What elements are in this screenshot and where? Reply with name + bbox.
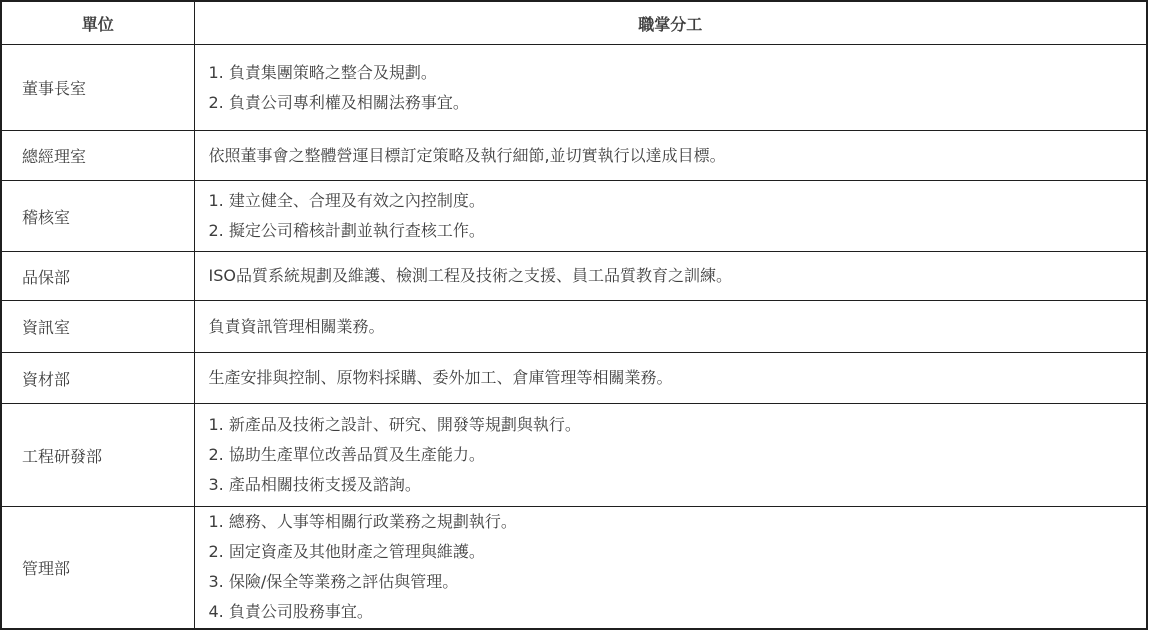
unit-cell: 工程研發部 bbox=[1, 404, 194, 507]
unit-cell: 資材部 bbox=[1, 353, 194, 404]
duty-line: 生產安排與控制、原物料採購、委外加工、倉庫管理等相關業務。 bbox=[209, 363, 1135, 393]
table-row: 品保部 ISO品質系統規劃及維護、檢測工程及技術之支援、員工品質教育之訓練。 bbox=[1, 252, 1147, 301]
duties-cell: 負責資訊管理相關業務。 bbox=[194, 301, 1147, 353]
duties-cell: 生產安排與控制、原物料採購、委外加工、倉庫管理等相關業務。 bbox=[194, 353, 1147, 404]
duties-cell: ISO品質系統規劃及維護、檢測工程及技術之支援、員工品質教育之訓練。 bbox=[194, 252, 1147, 301]
unit-cell: 稽核室 bbox=[1, 181, 194, 252]
table-row: 資材部 生產安排與控制、原物料採購、委外加工、倉庫管理等相關業務。 bbox=[1, 353, 1147, 404]
table-row: 董事長室 1. 負責集團策略之整合及規劃。 2. 負責公司專利權及相關法務事宜。 bbox=[1, 45, 1147, 131]
table-row: 管理部 1. 總務、人事等相關行政業務之規劃執行。 2. 固定資產及其他財產之管… bbox=[1, 507, 1147, 629]
table-header-row: 單位 職掌分工 bbox=[1, 1, 1147, 45]
duty-line: 1. 負責集團策略之整合及規劃。 bbox=[209, 58, 1135, 88]
duty-line: 2. 固定資產及其他財產之管理與維護。 bbox=[209, 537, 1135, 567]
table-row: 資訊室 負責資訊管理相關業務。 bbox=[1, 301, 1147, 353]
duty-line: 3. 保險/保全等業務之評估與管理。 bbox=[209, 567, 1135, 597]
unit-cell: 管理部 bbox=[1, 507, 194, 629]
responsibilities-table: 單位 職掌分工 董事長室 1. 負責集團策略之整合及規劃。 2. 負責公司專利權… bbox=[0, 0, 1148, 630]
duty-line: 依照董事會之整體營運目標訂定策略及執行細節,並切實執行以達成目標。 bbox=[209, 141, 1135, 171]
table-row: 工程研發部 1. 新產品及技術之設計、研究、開發等規劃與執行。 2. 協助生產單… bbox=[1, 404, 1147, 507]
duty-line: 2. 負責公司專利權及相關法務事宜。 bbox=[209, 88, 1135, 118]
unit-cell: 董事長室 bbox=[1, 45, 194, 131]
unit-cell: 資訊室 bbox=[1, 301, 194, 353]
duties-cell: 1. 總務、人事等相關行政業務之規劃執行。 2. 固定資產及其他財產之管理與維護… bbox=[194, 507, 1147, 629]
duties-cell: 1. 新產品及技術之設計、研究、開發等規劃與執行。 2. 協助生產單位改善品質及… bbox=[194, 404, 1147, 507]
unit-cell: 品保部 bbox=[1, 252, 194, 301]
unit-cell: 總經理室 bbox=[1, 131, 194, 181]
duty-line: 4. 負責公司股務事宜。 bbox=[209, 597, 1135, 627]
table-row: 稽核室 1. 建立健全、合理及有效之內控制度。 2. 擬定公司稽核計劃並執行查核… bbox=[1, 181, 1147, 252]
table-row: 總經理室 依照董事會之整體營運目標訂定策略及執行細節,並切實執行以達成目標。 bbox=[1, 131, 1147, 181]
duties-cell: 1. 建立健全、合理及有效之內控制度。 2. 擬定公司稽核計劃並執行查核工作。 bbox=[194, 181, 1147, 252]
duty-line: 2. 協助生產單位改善品質及生產能力。 bbox=[209, 440, 1135, 470]
duty-line: 1. 建立健全、合理及有效之內控制度。 bbox=[209, 186, 1135, 216]
col-header-unit: 單位 bbox=[1, 1, 194, 45]
duty-line: 負責資訊管理相關業務。 bbox=[209, 312, 1135, 342]
duties-cell: 依照董事會之整體營運目標訂定策略及執行細節,並切實執行以達成目標。 bbox=[194, 131, 1147, 181]
duty-line: ISO品質系統規劃及維護、檢測工程及技術之支援、員工品質教育之訓練。 bbox=[209, 261, 1135, 291]
duty-line: 1. 總務、人事等相關行政業務之規劃執行。 bbox=[209, 507, 1135, 537]
col-header-duties: 職掌分工 bbox=[194, 1, 1147, 45]
duty-line: 1. 新產品及技術之設計、研究、開發等規劃與執行。 bbox=[209, 410, 1135, 440]
duties-cell: 1. 負責集團策略之整合及規劃。 2. 負責公司專利權及相關法務事宜。 bbox=[194, 45, 1147, 131]
duty-line: 3. 產品相關技術支援及諮詢。 bbox=[209, 470, 1135, 500]
duty-line: 2. 擬定公司稽核計劃並執行查核工作。 bbox=[209, 216, 1135, 246]
